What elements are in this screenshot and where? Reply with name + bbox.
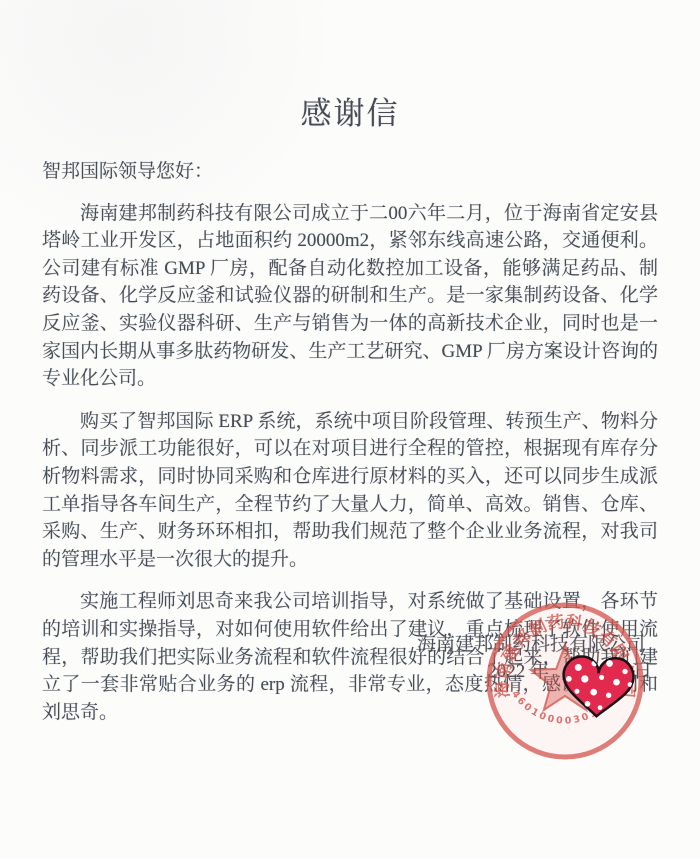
heart-sticker-icon [556, 649, 640, 723]
letter-title: 感谢信 [0, 0, 700, 133]
letter-page: 感谢信 智邦国际领导您好： 海南建邦制药科技有限公司成立于二00六年二月，位于海… [0, 0, 700, 859]
paragraph-company-intro: 海南建邦制药科技有限公司成立于二00六年二月，位于海南省定安县塔岭工业开发区，占… [42, 200, 658, 393]
paragraph-erp-benefits: 购买了智邦国际 ERP 系统，系统中项目阶段管理、转预生产、物料分析、同步派工功… [42, 408, 658, 574]
salutation: 智邦国际领导您好： [42, 158, 658, 186]
